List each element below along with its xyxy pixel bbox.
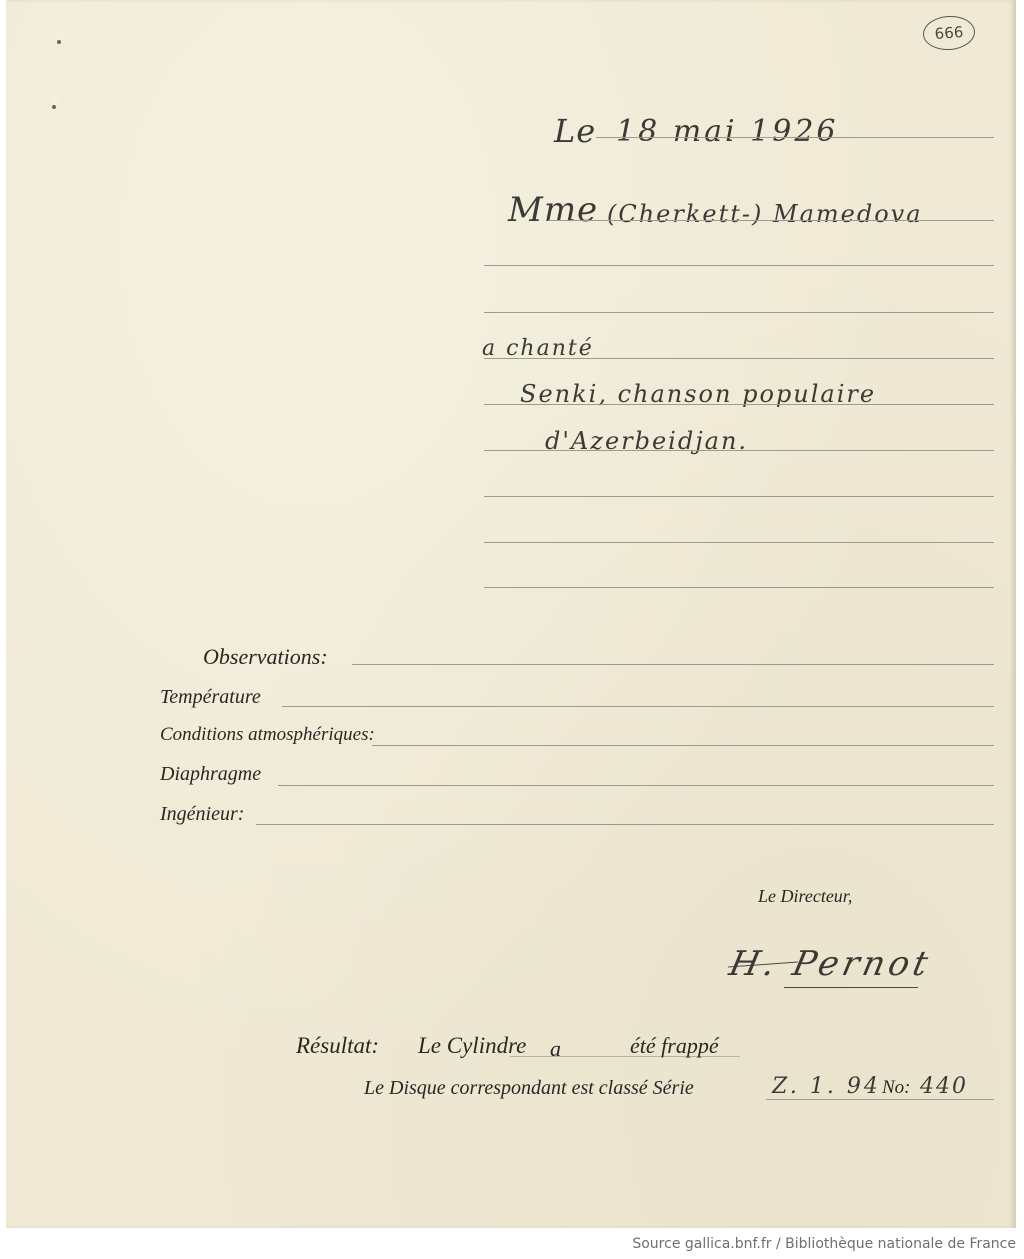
page-edge (1014, 0, 1016, 1228)
field-label-observations: Observations: (203, 644, 328, 670)
performer-name: (Cherkett-) Mamedova (607, 200, 923, 228)
director-label: Le Directeur, (758, 886, 852, 907)
field-line-diaphragme (278, 785, 994, 786)
result-label: Résultat: (296, 1033, 379, 1059)
punch-hole-mark (57, 40, 61, 44)
result-series: Z. 1. 94 (772, 1074, 881, 1099)
field-label-diaphragme: Diaphragme (160, 763, 261, 786)
director-signature: H. Pernot (726, 944, 936, 984)
field-line-observations (352, 664, 994, 665)
work-rule-2 (484, 450, 994, 451)
action-rule (484, 358, 994, 359)
performer-title-text: Mme (508, 190, 598, 230)
date-prefix: Le (554, 112, 596, 150)
field-label-conditions: Conditions atmosphériques: (160, 724, 375, 746)
performer-rule (548, 220, 994, 221)
work-rule-1 (484, 404, 994, 405)
folio-number: 666 (934, 23, 964, 43)
punch-hole-mark (52, 105, 56, 109)
date-value: 18 mai 1926 (616, 114, 839, 149)
date-rule (596, 137, 994, 138)
field-label-temperature: Température (160, 686, 261, 709)
blank-rule (484, 496, 994, 497)
result-number: 440 (920, 1074, 968, 1099)
field-line-conditions (372, 745, 994, 746)
field-line-temperature (282, 706, 994, 707)
field-label-ingenieur: Ingénieur: (160, 803, 244, 826)
field-line-ingenieur (256, 824, 994, 825)
blank-rule (484, 587, 994, 588)
result-cylinder-status: été frappé (630, 1033, 719, 1059)
performer-title: Mme (508, 190, 598, 230)
source-caption: Source gallica.bnf.fr / Bibliothèque nat… (632, 1236, 1016, 1252)
blank-rule (484, 542, 994, 543)
result-number-label: No: (882, 1077, 911, 1099)
result-disc-text: Le Disque correspondant est classé Série (364, 1077, 694, 1100)
result-series-rule (766, 1099, 994, 1100)
blank-rule (484, 265, 994, 266)
blank-rule (484, 312, 994, 313)
result-cylinder-verb: a (550, 1036, 561, 1062)
signature-underline (784, 987, 918, 988)
